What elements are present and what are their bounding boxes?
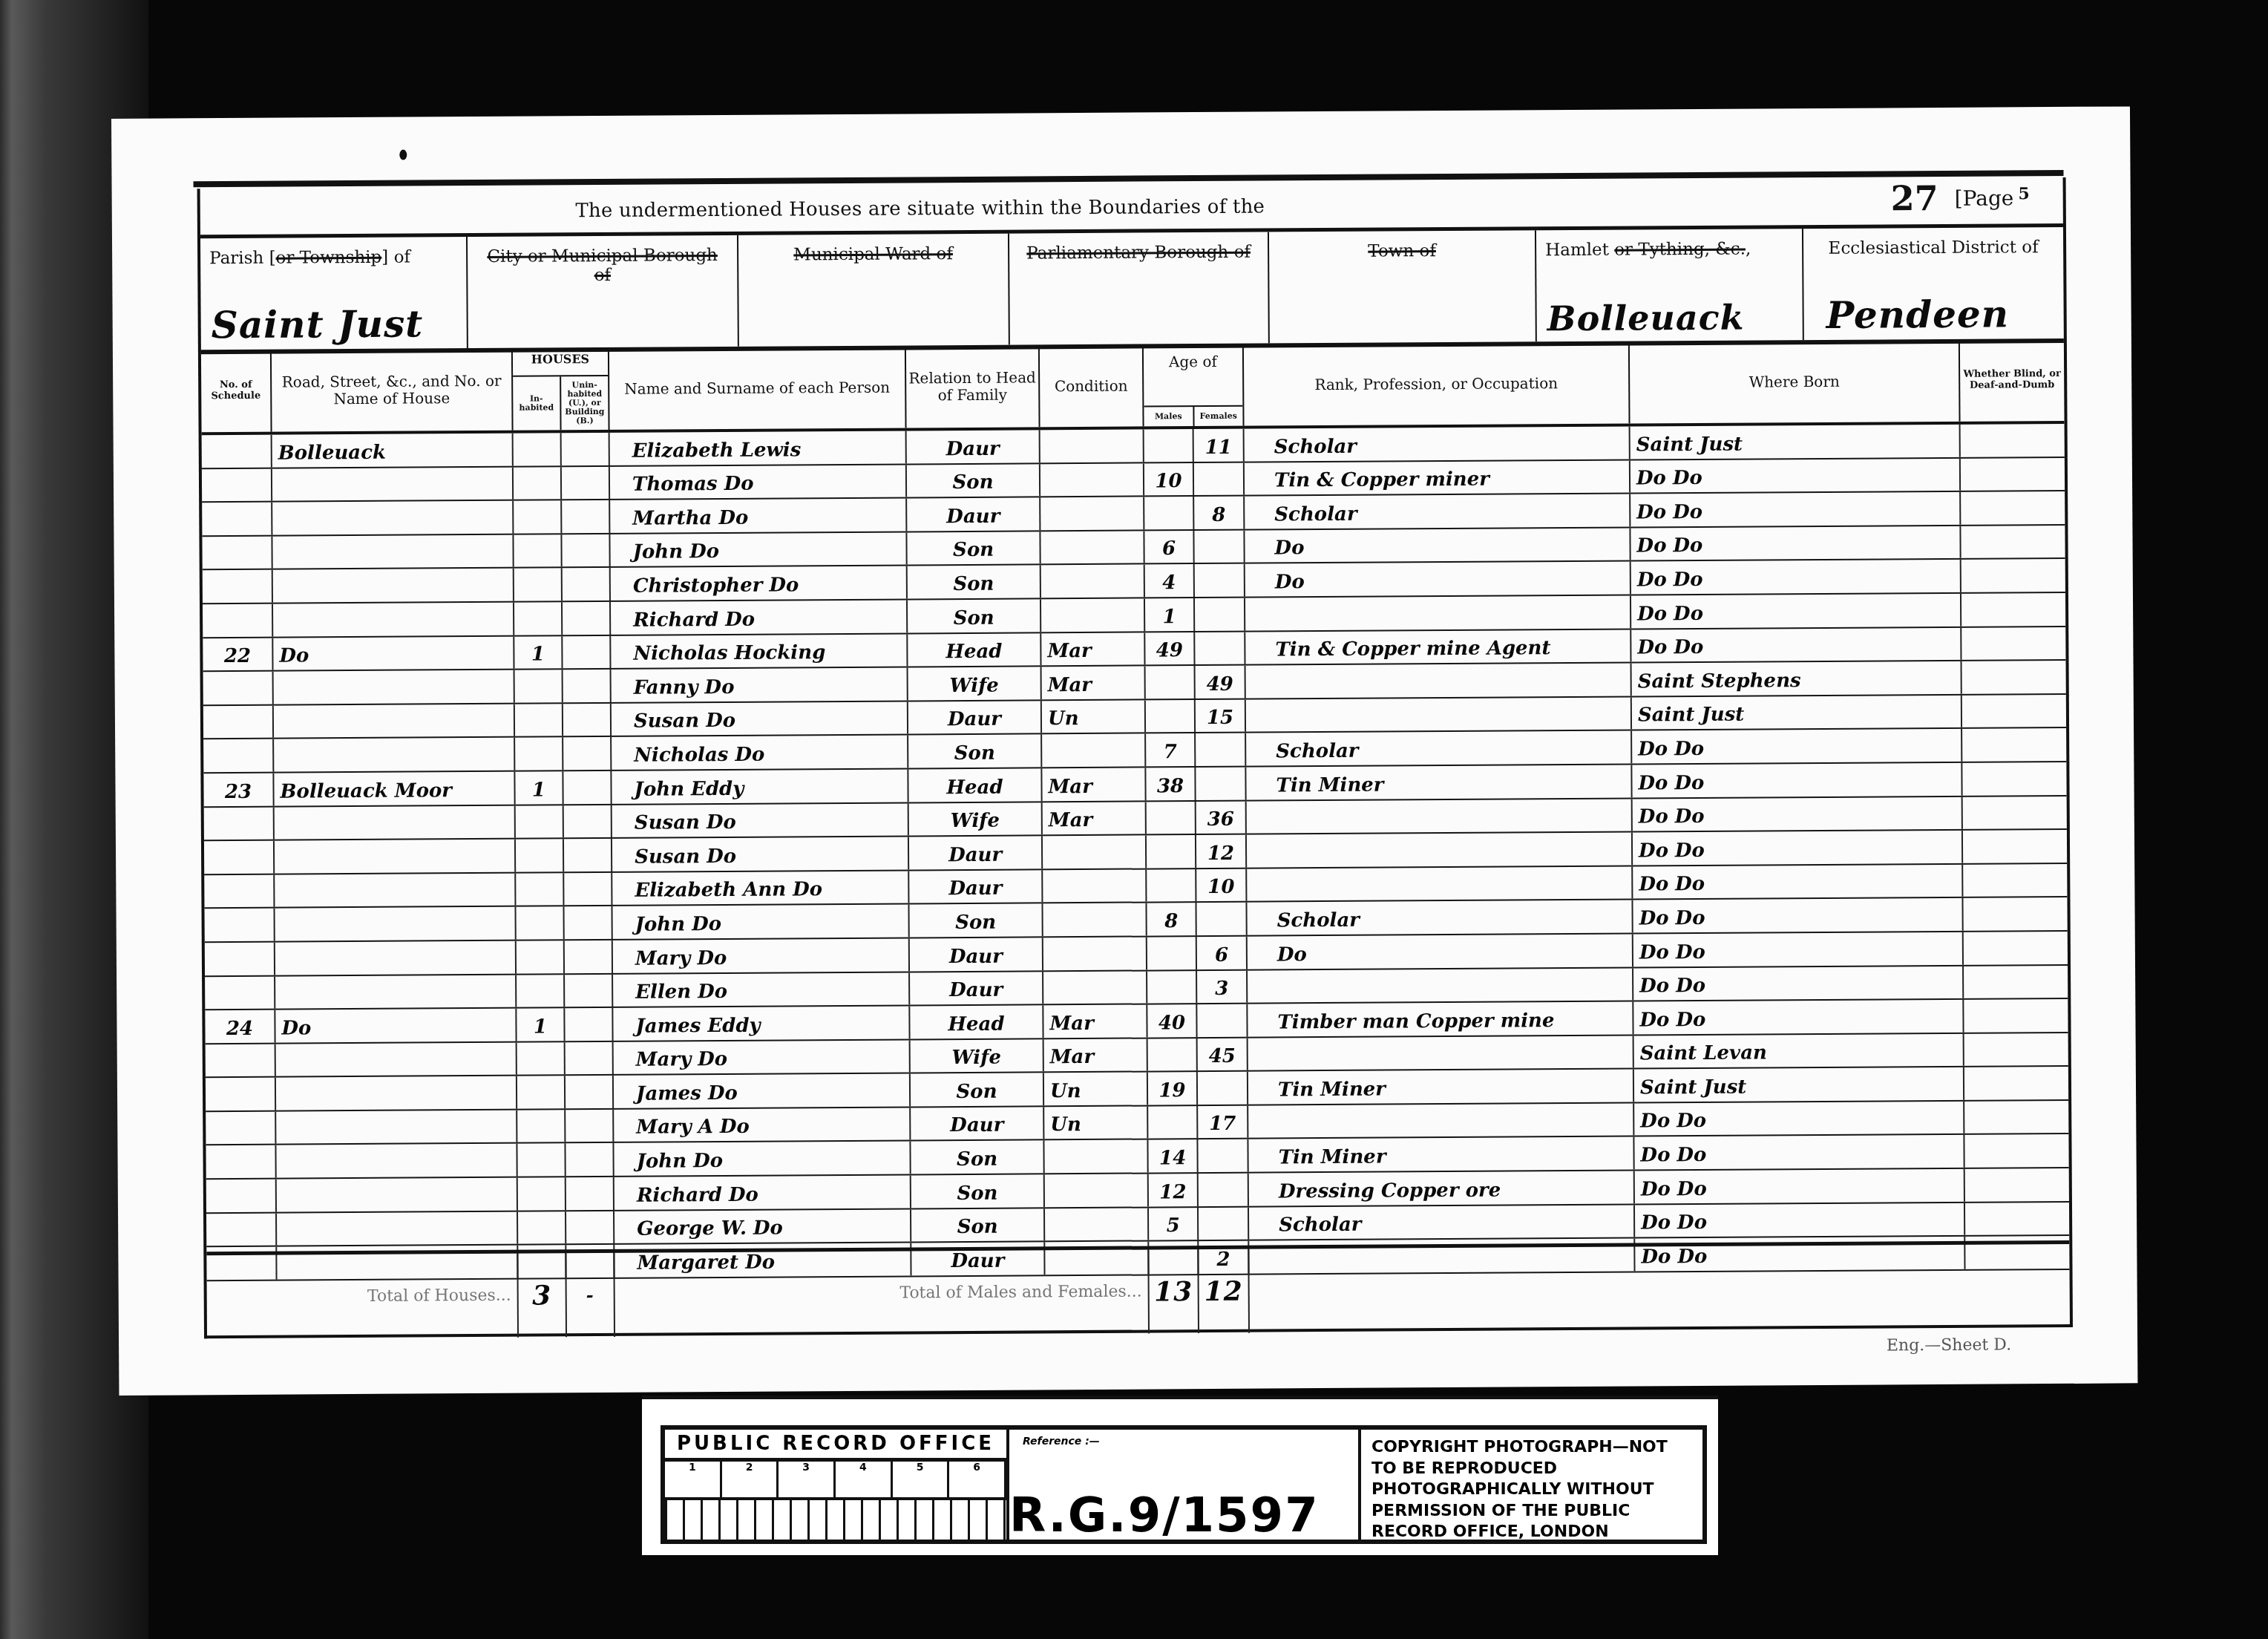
- cell-condition: [1040, 430, 1144, 462]
- cell-schedule: [204, 874, 275, 907]
- cell-inhabited: [514, 534, 562, 567]
- cell-condition: [1040, 463, 1144, 496]
- page-label-text: [Page: [1955, 186, 2014, 210]
- cell-male-age: 10: [1144, 463, 1194, 496]
- cell-name: Fanny Do: [612, 668, 908, 702]
- cell-schedule: [202, 536, 272, 569]
- cell-occupation: Scholar: [1246, 731, 1632, 766]
- cell-name: Mary Do: [613, 938, 910, 972]
- cell-blind: [1961, 526, 2065, 558]
- col-where-born: Where Born: [1630, 340, 1961, 424]
- col-relation: Relation to Head of Family: [906, 345, 1040, 428]
- cell-female-age: [1196, 768, 1246, 800]
- cell-where-born: Do Do: [1632, 729, 1962, 763]
- ruler-mark: 3: [779, 1462, 836, 1497]
- cell-uninhabited: [563, 737, 612, 770]
- ruler-scale: 1 2 3 4 5 6: [665, 1462, 1006, 1500]
- cell-uninhabited: [566, 1042, 614, 1075]
- cell-inhabited: [514, 500, 562, 533]
- cell-condition: [1043, 971, 1147, 1004]
- cell-inhabited: [516, 805, 564, 838]
- cell-name: James Do: [614, 1074, 911, 1108]
- cell-male-age: 6: [1144, 531, 1194, 563]
- cell-uninhabited: [565, 940, 613, 973]
- cell-road: [277, 1178, 518, 1212]
- cell-name: John Do: [614, 1142, 911, 1176]
- cell-road: [275, 873, 516, 907]
- parish-label: Parish [or Township] of: [209, 248, 410, 269]
- parish-value: Saint Just: [212, 301, 424, 347]
- col-occupation: Rank, Profession, or Occupation: [1244, 342, 1630, 426]
- totals-blank: [1249, 1244, 2070, 1333]
- cell-relation: Son: [911, 1073, 1044, 1107]
- col-blind-deaf: Whether Blind, or Deaf-and-Dumb: [1960, 339, 2065, 422]
- cell-female-age: 3: [1197, 970, 1248, 1003]
- cell-name: Elizabeth Ann Do: [612, 871, 909, 905]
- col-males: Males: [1144, 407, 1194, 426]
- cell-name: Elizabeth Lewis: [610, 431, 907, 465]
- cell-male-age: 19: [1148, 1072, 1198, 1105]
- cell-blind: [1961, 593, 2065, 626]
- cell-where-born: Saint Levan: [1634, 1033, 1964, 1067]
- cell-road: [273, 603, 514, 637]
- cell-uninhabited: [564, 873, 612, 906]
- cell-name: Mary Do: [614, 1040, 911, 1074]
- cell-female-age: [1195, 564, 1245, 597]
- cell-relation: Daur: [907, 430, 1040, 463]
- cell-schedule: [206, 1213, 277, 1246]
- cell-uninhabited: [566, 1177, 614, 1210]
- cell-blind: [1962, 728, 2066, 761]
- cell-condition: [1044, 1140, 1148, 1173]
- cell-female-age: 12: [1196, 835, 1247, 868]
- cell-where-born: Do Do: [1633, 932, 1964, 966]
- cell-relation: Daur: [911, 1107, 1044, 1140]
- cell-condition: Mar: [1041, 632, 1145, 665]
- parish-cell: Parish [or Township] of Saint Just: [200, 237, 468, 350]
- cell-occupation: Dressing Copper ore: [1249, 1171, 1635, 1206]
- cell-name: Ellen Do: [613, 972, 910, 1007]
- cell-name: James Eddy: [613, 1007, 910, 1041]
- page-number: 5: [2018, 184, 2029, 203]
- cell-uninhabited: [563, 635, 611, 668]
- cell-name: Susan Do: [612, 803, 909, 837]
- cell-road: [275, 941, 517, 975]
- cell-road: [275, 975, 517, 1009]
- cell-occupation: Tin Miner: [1246, 765, 1632, 799]
- cell-female-age: 36: [1196, 801, 1247, 834]
- cell-where-born: Do Do: [1633, 1000, 1964, 1034]
- cell-schedule: [206, 1078, 276, 1110]
- cell-schedule: [204, 841, 275, 874]
- cell-relation: Wife: [911, 1039, 1044, 1073]
- cell-female-age: [1194, 530, 1245, 563]
- cell-relation: Wife: [908, 667, 1042, 701]
- cell-where-born: Do Do: [1634, 1135, 1964, 1169]
- pro-label-frame: PUBLIC RECORD OFFICE 1 2 3 4 5 6 Referen…: [661, 1425, 1707, 1544]
- cell-male-age: [1147, 869, 1196, 902]
- cell-condition: Un: [1044, 1106, 1148, 1139]
- municipal-ward-cell: Municipal Ward of: [738, 234, 1010, 347]
- ruler-mark: 2: [722, 1462, 779, 1497]
- boundaries-caption: The undermentioned Houses are situate wi…: [200, 193, 1640, 224]
- cell-female-age: 45: [1198, 1038, 1248, 1070]
- cell-female-age: 15: [1196, 699, 1246, 732]
- cell-name: Susan Do: [612, 701, 908, 736]
- cell-blind: [1963, 897, 2067, 930]
- col-road: Road, Street, &c., and No. or Name of Ho…: [272, 349, 514, 432]
- cell-where-born: Saint Just: [1632, 696, 1962, 730]
- cell-condition: [1040, 531, 1144, 563]
- cell-road: [275, 805, 516, 840]
- cell-condition: [1041, 565, 1145, 598]
- cell-relation: Daur: [908, 701, 1042, 734]
- hamlet-value: Bolleuack: [1547, 298, 1745, 339]
- cell-occupation: Tin & Copper mine Agent: [1245, 629, 1631, 664]
- cell-name: Richard Do: [614, 1176, 911, 1210]
- cell-inhabited: [516, 873, 564, 906]
- cell-condition: [1043, 836, 1147, 868]
- cell-schedule: 24: [205, 1010, 275, 1043]
- total-uninhabited: -: [566, 1253, 615, 1337]
- cell-female-age: [1195, 598, 1245, 631]
- cell-name: Richard Do: [611, 600, 908, 634]
- cell-female-age: [1199, 1174, 1249, 1206]
- cell-road: [273, 569, 514, 603]
- cell-blind: [1964, 1101, 2068, 1133]
- cell-condition: [1045, 1174, 1149, 1207]
- cell-relation: Daur: [910, 972, 1043, 1005]
- age-subheaders: Males Females: [1144, 405, 1242, 427]
- cell-relation: Daur: [907, 498, 1040, 531]
- total-persons-label: Total of Males and Females...: [614, 1249, 1150, 1336]
- cell-relation: Son: [909, 904, 1043, 938]
- cell-condition: Un: [1044, 1073, 1148, 1105]
- cell-relation: Daur: [909, 836, 1043, 869]
- cell-occupation: [1248, 968, 1633, 1003]
- cell-name: John Eddy: [612, 769, 908, 803]
- cell-relation: Daur: [910, 938, 1043, 971]
- col-inhabited: In-habited: [513, 376, 561, 430]
- cell-name: Martha Do: [610, 499, 907, 533]
- cell-occupation: Do: [1245, 528, 1630, 563]
- cell-schedule: [202, 503, 272, 535]
- cell-blind: [1962, 695, 2066, 727]
- cell-uninhabited: [562, 466, 610, 499]
- ruler-mark: 1: [665, 1462, 722, 1497]
- cell-road: [275, 840, 516, 874]
- cell-male-age: 49: [1145, 632, 1195, 665]
- ink-speck: [399, 150, 407, 160]
- cell-schedule: [205, 943, 275, 975]
- cell-road: [276, 1144, 517, 1178]
- cell-where-born: Do Do: [1633, 864, 1963, 898]
- cell-condition: Un: [1042, 700, 1146, 733]
- cell-occupation: Timber man Copper mine: [1248, 1002, 1633, 1037]
- cell-blind: [1964, 1134, 2068, 1167]
- cell-male-age: [1148, 1106, 1198, 1139]
- cell-occupation: Scholar: [1245, 494, 1630, 529]
- cell-schedule: [203, 570, 273, 603]
- cell-female-age: [1194, 462, 1245, 495]
- reference-label: Reference :—: [1023, 1436, 1100, 1447]
- cell-condition: Mar: [1043, 1005, 1147, 1038]
- cell-occupation: Tin Miner: [1248, 1070, 1634, 1105]
- parliamentary-borough-cell: Parliamentary Borough of: [1009, 232, 1270, 344]
- cell-schedule: [206, 1180, 277, 1212]
- cell-road: [274, 704, 515, 738]
- cell-road: [276, 1110, 517, 1145]
- cell-where-born: Do Do: [1631, 594, 1961, 628]
- cell-inhabited: [517, 1110, 566, 1142]
- cell-relation: Head: [910, 1005, 1043, 1038]
- copyright-notice: COPYRIGHT PHOTOGRAPH—NOT TO BE REPRODUCE…: [1361, 1430, 1702, 1540]
- cell-uninhabited: [563, 670, 612, 702]
- cell-uninhabited: [566, 1143, 614, 1176]
- ruler-mark: 6: [949, 1462, 1006, 1497]
- cell-where-born: Do Do: [1633, 831, 1963, 865]
- cell-condition: [1043, 937, 1147, 969]
- cell-where-born: Do Do: [1633, 796, 1963, 831]
- cell-relation: Daur: [909, 870, 1043, 903]
- cell-road: Bolleuack: [272, 434, 514, 468]
- col-schedule: No. of Schedule: [201, 350, 272, 433]
- cell-blind: [1961, 559, 2065, 592]
- cell-occupation: Scholar: [1247, 900, 1633, 935]
- cell-inhabited: [516, 839, 564, 871]
- sheet-id: Eng.—Sheet D.: [1887, 1335, 2011, 1355]
- cell-relation: Wife: [909, 802, 1043, 836]
- cell-male-age: 38: [1146, 768, 1196, 800]
- cell-where-born: Do Do: [1632, 763, 1962, 797]
- cell-inhabited: [517, 1076, 566, 1109]
- cell-where-born: Do Do: [1631, 560, 1961, 594]
- cell-blind: [1961, 491, 2065, 524]
- col-houses: HOUSES In-habited Unin-habited (U.), or …: [513, 348, 610, 431]
- cell-relation: Son: [911, 1174, 1045, 1208]
- cell-where-born: Do Do: [1631, 627, 1961, 661]
- cell-occupation: [1245, 595, 1631, 630]
- cell-inhabited: [518, 1211, 566, 1244]
- ecclesiastical-district-cell: Ecclesiastical District of Pendeen: [1803, 227, 2064, 340]
- cell-name: Nicholas Hocking: [611, 634, 908, 668]
- cell-uninhabited: [563, 704, 612, 736]
- cell-blind: [1964, 999, 2068, 1032]
- cell-inhabited: [517, 1144, 566, 1177]
- cell-schedule: [206, 1044, 276, 1076]
- cell-road: [272, 534, 514, 569]
- cell-blind: [1962, 762, 2066, 795]
- cell-uninhabited: [563, 771, 612, 804]
- hamlet-label: Hamlet or Tything, &c.,: [1545, 240, 1751, 261]
- total-inhabited: 3: [518, 1253, 567, 1337]
- cell-occupation: [1246, 664, 1632, 699]
- cell-male-age: [1147, 802, 1196, 834]
- cell-inhabited: [517, 975, 565, 1007]
- cell-relation: Head: [908, 768, 1042, 802]
- cell-schedule: [206, 1112, 276, 1145]
- cell-occupation: Scholar: [1245, 427, 1630, 462]
- pro-reference: Reference :— R.G.9/1597: [1009, 1430, 1361, 1540]
- col-condition: Condition: [1040, 345, 1144, 428]
- cell-male-age: 14: [1148, 1140, 1198, 1173]
- col-age: Age of Males Females: [1144, 344, 1245, 427]
- cell-condition: [1043, 869, 1147, 902]
- cell-condition: Mar: [1042, 667, 1146, 699]
- cell-relation: Son: [911, 1141, 1044, 1174]
- cell-condition: [1042, 734, 1146, 767]
- folio-number: 27[Page5: [1891, 177, 2030, 218]
- cell-road: Do: [273, 636, 514, 670]
- cell-where-born: Do Do: [1635, 1169, 1965, 1203]
- census-rows: BolleuackElizabeth LewisDaur11ScholarSai…: [202, 424, 2070, 1281]
- cell-condition: [1041, 598, 1145, 631]
- cell-where-born: Saint Just: [1634, 1067, 1964, 1102]
- age-label: Age of: [1169, 353, 1217, 370]
- cell-name: George W. Do: [614, 1209, 911, 1243]
- cell-relation: Son: [907, 531, 1040, 565]
- houses-subheaders: In-habited Unin-habited (U.), or Buildin…: [513, 375, 608, 431]
- cell-female-age: 6: [1197, 937, 1248, 969]
- cell-blind: [1963, 864, 2067, 897]
- cell-road: [272, 501, 514, 535]
- column-headers: No. of Schedule Road, Street, &c., and N…: [201, 339, 2065, 435]
- cell-name: John Do: [610, 532, 907, 566]
- cell-where-born: Saint Just: [1630, 425, 1961, 459]
- cell-name: Mary A Do: [614, 1108, 911, 1142]
- cell-inhabited: [518, 1177, 566, 1210]
- cell-female-age: [1199, 1207, 1249, 1240]
- cell-blind: [1964, 1067, 2068, 1099]
- cell-inhabited: [517, 1042, 566, 1075]
- cell-inhabited: [517, 940, 565, 973]
- cell-name: Nicholas Do: [612, 736, 908, 770]
- cell-blind: [1965, 1168, 2069, 1201]
- cell-schedule: [204, 807, 275, 840]
- cell-blind: [1963, 830, 2067, 863]
- cell-road: [274, 738, 515, 772]
- cell-female-age: [1198, 1072, 1248, 1105]
- cell-blind: [1964, 965, 2068, 998]
- cell-male-age: [1146, 700, 1196, 733]
- col-name: Name and Surname of each Person: [609, 346, 907, 429]
- cell-name: Christopher Do: [611, 566, 908, 601]
- cell-occupation: Tin Miner: [1248, 1137, 1634, 1172]
- cell-name: Thomas Do: [610, 465, 907, 499]
- cell-condition: [1045, 1208, 1149, 1240]
- cell-schedule: 22: [203, 638, 273, 670]
- cell-female-age: [1196, 733, 1246, 766]
- cell-schedule: [202, 468, 272, 501]
- cell-schedule: [203, 672, 274, 704]
- cell-name: Susan Do: [612, 837, 909, 871]
- cell-inhabited: [515, 738, 563, 771]
- census-page: The undermentioned Houses are situate wi…: [111, 106, 2137, 1396]
- cell-male-age: 4: [1145, 564, 1195, 597]
- cell-inhabited: [515, 670, 563, 702]
- pro-title: PUBLIC RECORD OFFICE: [665, 1430, 1006, 1462]
- cell-occupation: [1248, 1036, 1634, 1070]
- ecclesiastical-value: Pendeen: [1826, 292, 2009, 337]
- cell-where-born: Do Do: [1630, 458, 1961, 492]
- cell-occupation: [1247, 833, 1633, 868]
- ruler-mark: 4: [836, 1462, 893, 1497]
- cell-inhabited: 1: [517, 1008, 565, 1041]
- cell-uninhabited: [563, 568, 611, 601]
- cell-inhabited: [514, 467, 562, 500]
- cell-condition: Mar: [1043, 802, 1147, 834]
- cell-female-age: [1195, 632, 1245, 664]
- cell-male-age: 7: [1146, 733, 1196, 766]
- cell-blind: [1964, 932, 2068, 964]
- cell-schedule: [203, 739, 274, 772]
- cell-uninhabited: [562, 500, 610, 533]
- totals-row: Total of Houses... 3 - Total of Males an…: [206, 1240, 2070, 1339]
- ruler-mark: 5: [893, 1462, 950, 1497]
- cell-uninhabited: [566, 1110, 614, 1142]
- cell-female-age: [1197, 1004, 1248, 1037]
- cell-uninhabited: [565, 1008, 613, 1041]
- cell-where-born: Do Do: [1635, 1203, 1965, 1237]
- cell-where-born: Saint Stephens: [1632, 661, 1962, 696]
- ecclesiastical-label: Ecclesiastical District of: [1829, 238, 2039, 258]
- boundary-header: Parish [or Township] of Saint Just City …: [200, 223, 2064, 354]
- cell-blind: [1961, 458, 2065, 491]
- municipal-borough-cell: City or Municipal Borough of: [468, 235, 739, 348]
- cell-inhabited: [515, 704, 563, 736]
- houses-label: HOUSES: [531, 353, 589, 367]
- cell-relation: Son: [908, 599, 1041, 632]
- cell-female-age: 11: [1194, 429, 1245, 462]
- cell-name: John Do: [612, 905, 909, 939]
- cell-male-age: [1147, 971, 1197, 1004]
- folio-value: 27: [1891, 178, 1938, 218]
- cell-condition: Mar: [1042, 768, 1146, 800]
- cell-road: [276, 1076, 517, 1110]
- cell-road: [277, 1211, 518, 1246]
- cell-male-age: 5: [1149, 1208, 1199, 1240]
- cell-inhabited: 1: [515, 771, 563, 804]
- cell-schedule: [203, 705, 274, 738]
- hamlet-cell: Hamlet or Tything, &c., Bolleuack: [1536, 229, 1804, 341]
- cell-condition: [1043, 903, 1147, 936]
- cell-male-age: 40: [1147, 1004, 1197, 1037]
- cell-uninhabited: [562, 433, 610, 465]
- cell-inhabited: [514, 602, 563, 635]
- ruler-ticks: [665, 1499, 1006, 1540]
- cell-condition: Mar: [1044, 1038, 1148, 1071]
- cell-uninhabited: [562, 534, 610, 567]
- total-females: 12: [1199, 1249, 1250, 1333]
- cell-condition: [1040, 497, 1144, 530]
- cell-occupation: Scholar: [1249, 1205, 1635, 1240]
- cell-where-born: Do Do: [1633, 966, 1964, 1000]
- cell-blind: [1962, 661, 2066, 693]
- col-uninhabited: Unin-habited (U.), or Building (B.): [561, 376, 608, 430]
- cell-female-age: [1198, 1139, 1248, 1172]
- cell-schedule: [205, 909, 275, 941]
- cell-uninhabited: [566, 1076, 614, 1108]
- cell-road: [274, 670, 515, 704]
- cell-road: [275, 907, 517, 941]
- cell-relation: Son: [907, 464, 1040, 497]
- cell-male-age: 12: [1149, 1174, 1199, 1206]
- cell-male-age: [1144, 429, 1194, 462]
- cell-road: [272, 467, 514, 501]
- cell-uninhabited: [564, 906, 612, 939]
- pro-ruler: PUBLIC RECORD OFFICE 1 2 3 4 5 6: [665, 1430, 1009, 1540]
- cell-female-age: 10: [1196, 868, 1247, 901]
